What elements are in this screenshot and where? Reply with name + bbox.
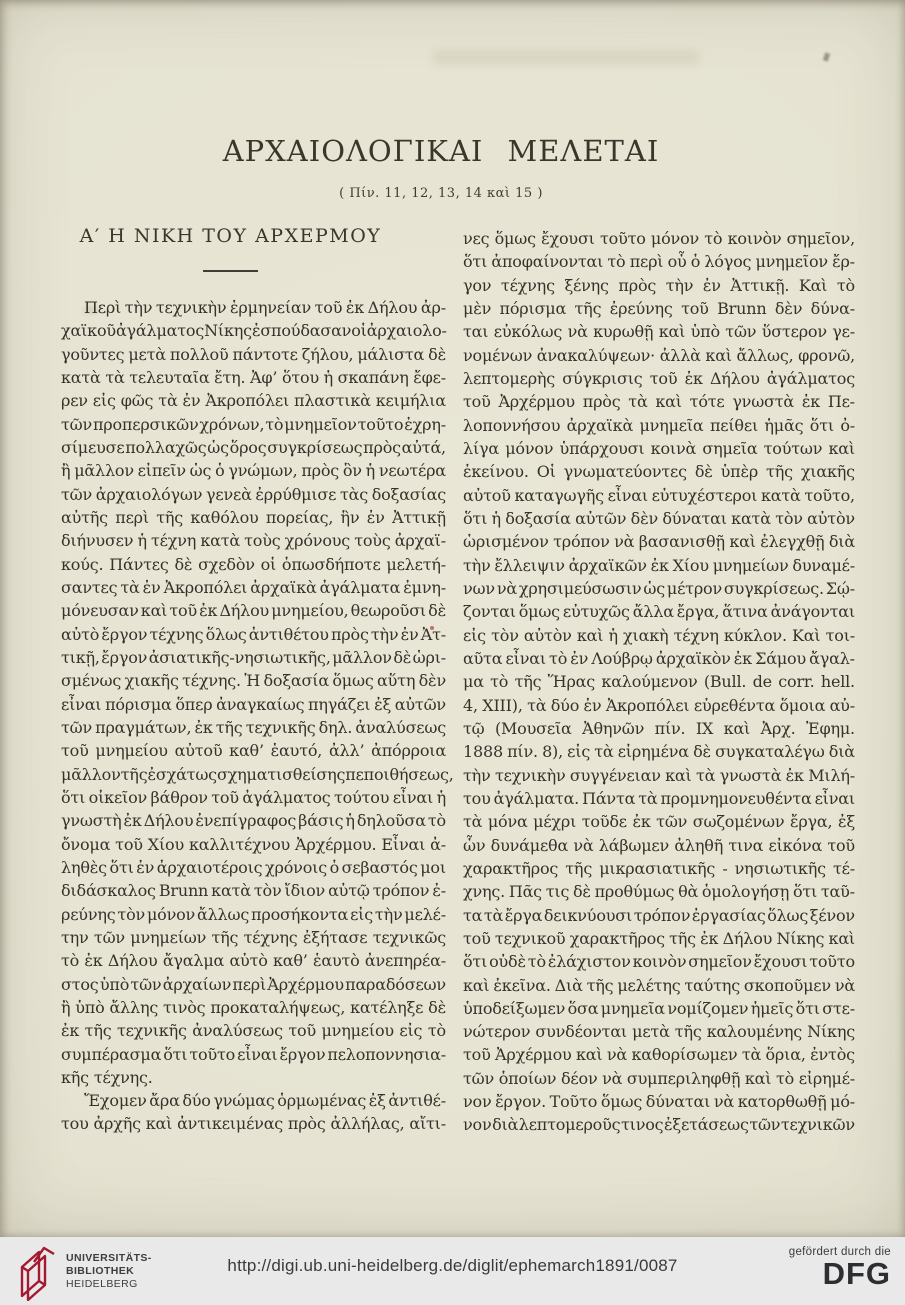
article-heading: Α′ Η ΝΙΚΗ ΤΟΥ ΑΡΧΕΡΜΟΥ (62, 225, 399, 247)
text-line: ὡρισμένοντρόποννὰβασανισθῇκαὶἐλεγχθῇδιὰ (463, 530, 855, 553)
text-line: κούς.Πάντεςδὲσχεδὸνοἱὁπωσδήποτεμελετή- (61, 553, 446, 576)
dfg-logo: DFG (789, 1259, 891, 1289)
text-line: τὰμόναμέχριτοῦδεἐκτῶνσωζομένωνἔργα,ἐξ (463, 810, 855, 833)
text-line: εἶναιπόρισμαὅπερἀναγκαίωςπηγάζειἐξαὐτῶν (61, 693, 446, 716)
page-subtitle: ( Πίν. 11, 12, 13, 14 καὶ 15 ) (0, 186, 882, 201)
text-line: τοῦἈρχέρμουπρὸςτὰκαὶτότεγνωστὰἐκΠε- (463, 390, 855, 413)
text-line: Ἔχομενἄραδύογνώμαςὁρμωμέναςἐξἀντιθέ- (61, 1089, 446, 1112)
text-line: τὴντεχνικὴνσυγγένειανκαὶτὰγνωστὰἐκΜιλή- (463, 764, 855, 787)
text-line: ὅτιοἰκεῖονβάθροντοῦἀγάλματοςτούτουεἶναιἡ (61, 786, 446, 809)
text-line: νομένωνἀνακαλύψεων·ἀλλὰκαὶἄλλως,φρονῶ, (463, 344, 855, 367)
text-line: ἐκείνου.Οἱγνωματεύοντεςδὲὑπὲρτῆςχιακῆς (463, 460, 855, 483)
text-line: τηντῶνμνημείωντῆςτέχνηςἐξήτασετεχνικῶς (61, 926, 446, 949)
heading-divider-rule (203, 270, 258, 272)
text-line: τουἀρχῆςκαὶἀντικειμέναςπρὸςἀλλήλας,αἴτι- (61, 1112, 446, 1135)
text-line: σαντεςτὰἐνἈκροπόλειἀρχαϊκὰἀγάλματαἐμνη- (61, 576, 446, 599)
text-line: λίγαμόνονὑπάρχουσικοινὰσημεῖατούτωνκαὶ (463, 437, 855, 460)
text-line: τατὰἔργαδεικνύουσιτρόπονἐργασίαςὅλωςξένο… (463, 904, 855, 927)
text-line: νονδιὰλεπτομεροῦςτινοςἐξετάσεωςτῶντεχνικ… (463, 1113, 855, 1136)
text-line: αῦταεἶναιτὸἐνΛούβρῳἀρχαϊκὸνἐκΣάμουἄγαλ- (463, 647, 855, 670)
text-line: τῶνὁποίωνδέοννὰσυμπεριληφθῇκαὶτὸεἰρημέ- (463, 1067, 855, 1090)
text-line: αὐτὸἔργοντέχνηςὅλωςἀντιθέτουπρὸςτὴνἐνἈτ- (61, 623, 446, 646)
text-line: ὑποδείξωμενὅσαμνημεῖανομίζομενἡμεῖςὅτιστ… (463, 997, 855, 1020)
text-line: ρενεἰςφῶςτὰἐνἈκροπόλειπλαστικὰκειμήλια (61, 389, 446, 412)
text-line: χαϊκοῦἀγάλματοςΝίκηςἐσπούδασανοἱἀρχαιολο… (61, 319, 446, 342)
funding-block: gefördert durch die DFG (789, 1246, 891, 1289)
text-line: ρεύνηςτὸνμόνονἄλλωςπροσήκονταεἰςτὴνμελέ- (61, 903, 446, 926)
text-line: τῷ(ΜουσεῖαἈθηνῶνπίν.IXκαὶἈρχ.Ἐφημ. (463, 717, 855, 740)
text-line: νώτερονσυνδέονταιμετὰτῆςκαλουμένηςΝίκης (463, 1020, 855, 1043)
text-line: ἢμᾶλλονεἰπεῖνὡςὁγνώμων,πρὸςὃνἡνεωτέρα (61, 459, 446, 482)
text-line: 1888πίν.8),εἰςτὰεἰρημέναδὲσυγκαταλέγωδιὰ (463, 740, 855, 763)
scanned-page: ΑΡΧΑΙΟΛΟΓΙΚΑΙ ΜΕΛΕΤΑΙ ( Πίν. 11, 12, 13,… (0, 0, 905, 1305)
text-line: γοντέχνηςξένηςπρὸςτὴνἐνἈττικῇ.Καὶτὸ (463, 274, 855, 297)
ub-label-line3: HEIDELBERG (66, 1278, 152, 1291)
text-line: τοῦμνημείουαὐτοῦκαθ’ἑαυτό,ἀλλ’ἀπόρροια (61, 739, 446, 762)
scan-smudge (432, 50, 700, 65)
text-line: τοῦἈρχέρμουκαὶνὰκαθορίσωμεντὰὅρια,ἐντὸς (463, 1043, 855, 1066)
text-line: 4,XIII),τὰδύοἐνἈκροπόλειεὑρεθένταὅμοιααὐ… (463, 694, 855, 717)
text-line: μᾶλλοντῆςἐσχάτωςσχηματισθείσηςπεποιθήσεω… (61, 763, 446, 786)
text-line: ὅτιοὐδὲτὸἐλάχιστονκοινὸνσημεῖονἔχουσιτοῦ… (463, 950, 855, 973)
text-line: τὸἐκΔήλουἄγαλμααὐτὸκαθ’ἑαυτὸἀνεπηρέα- (61, 949, 446, 972)
text-line: εἰςτὸναὐτὸνκαὶἡχιακὴτέχνηκύκλον.Καὶτοι- (463, 624, 855, 647)
text-line: αὐτῆςπερὶτῆςκαθόλουπορείας,ἣνἐνἈττικῇ (61, 506, 446, 529)
text-line: ὧνδυνάμεθανὰλάβωμενἀληθῆτιναεἰκόνατοῦ (463, 834, 855, 857)
text-line: κῆς τέχνης. (61, 1066, 446, 1089)
text-line: λοποννήσουἀρχαϊκὰμνημεῖαπείθειἡμᾶςὅτιὀ- (463, 414, 855, 437)
scan-speck (823, 52, 830, 61)
text-line: σμένωςχιακῆςτέχνης.Ἡδοξασίαὅμωςαὕτηδὲν (61, 669, 446, 692)
text-line: διδάσκαλοςBrunnκατὰτὸνἴδιοναὐτῷτρόπονἐ- (61, 879, 446, 902)
text-line: τικῇ,ἔργονἀσιατικῆς-νησιωτικῆς,μᾶλλονδὲὡ… (61, 646, 446, 669)
source-url: http://digi.ub.uni-heidelberg.de/diglit/… (0, 1256, 905, 1276)
text-line: σίμευσεπολλαχῶςὡςὅροςσυγκρίσεωςπρὸςαὐτά, (61, 436, 446, 459)
text-line: μόνευσανκαὶτοῦἐκΔήλουμνημείου,θεωροῦσιδὲ (61, 599, 446, 622)
text-line: ζονταιὅμωςεὐτυχῶςἄλλαἔργα,ἅτιναἀνάγονται (463, 600, 855, 623)
text-line: τὴνἔλλειψινἀρχαϊκῶνἐκΧίουμνημείωνδυναμέ- (463, 554, 855, 577)
text-line: ἐκτῆςτεχνικῆςἀναλύσεωςτοῦμνημείουεἰςτὸ (61, 1019, 446, 1042)
text-line: γνωστὴἐκΔήλουἐνεπίγραφοςβάσιςἡδηλοῦσατὸ (61, 809, 446, 832)
text-line: νεςὅμωςἔχουσιτοῦτομόνοντὸκοινὸνσημεῖον, (463, 227, 855, 250)
text-line: χαρακτῆροςτῆςμικρασιατικῆς-νησιωτικῆςτέ- (463, 857, 855, 880)
text-line: χνης.Πᾶςτιςδὲπροθύμωςθὰὁμολογήσῃὅτιταῦ- (463, 880, 855, 903)
text-line: τοῦτεχνικοῦχαρακτῆροςτῆςἐκΔήλουΝίκηςκαὶ (463, 927, 855, 950)
text-line: ὅτιἀποφαίνονταιτὸπερὶοὗὁλόγοςμνημεῖονἔρ- (463, 250, 855, 273)
footer-bar: UNIVERSITÄTS- BIBLIOTHEK HEIDELBERG http… (0, 1237, 905, 1305)
text-line: τῶνπροπερσικῶνχρόνων,τὸμνημεῖοντοῦτοἐχρη… (61, 413, 446, 436)
text-line: συμπέρασμαὅτιτοῦτοεἶναιἔργονπελοποννησια… (61, 1043, 446, 1066)
text-line: ΠερὶτὴντεχνικὴνἑρμηνείαντοῦἐκΔήλουἀρ- (61, 296, 446, 319)
text-line: νονἔργον.Τοῦτοὅμωςδύναταινὰκατορθωθῇμό- (463, 1090, 855, 1113)
page-title: ΑΡΧΑΙΟΛΟΓΙΚΑΙ ΜΕΛΕΤΑΙ (0, 134, 882, 168)
text-line: ὅτιἡδοξασίααὐτῶνδὲνδύναταικατὰτὸναὐτὸν (463, 507, 855, 530)
column-right: νεςὅμωςἔχουσιτοῦτομόνοντὸκοινὸνσημεῖον,ὅ… (463, 227, 855, 1137)
text-line: τῶνπραγμάτων,ἐκτῆςτεχνικῆςδηλ.ἀναλύσεως (61, 716, 446, 739)
text-line: διήνυσενἡτέχνηκατὰτοὺςχρόνουςτοὺςἀρχαϊ- (61, 529, 446, 552)
text-line: ἢὑπὸἄλληςτινὸςπροκαταλήψεως,κατέληξεδὲ (61, 996, 446, 1019)
text-line: λεπτομερὴςσύγκρισιςτοῦἐκΔήλουἀγάλματος (463, 367, 855, 390)
text-line: καὶἐκεῖνα.Διὰτῆςμελέτηςταύτηςσκοποῦμεννὰ (463, 974, 855, 997)
text-line: μὲνπόρισματῆςἐρεύνηςτοῦBrunnδὲνδύνα- (463, 297, 855, 320)
text-line: ληθὲςὅτιἐνἀρχαιοτέροιςχρόνοιςὁσεβαστόςμο… (61, 856, 446, 879)
text-line: αὐτοῦκαταγωγῆςεἶναιεὐτυχέστεροικατὰτοῦτο… (463, 484, 855, 507)
text-line: ματὸτῆςἭραςκαλούμενον(Bull.decorr.hell. (463, 670, 855, 693)
text-line: τουἀγάλματα.Πάντατὰπρομνημονευθένταεἶναι (463, 787, 855, 810)
text-line: κατὰτὰτελευταῖαἔτη.Ἀφ’ὅτουἡσκαπάνηἔφε- (61, 366, 446, 389)
text-line: νωννὰχρησιμεύσωσινὡςμέτρονσυγκρίσεως.Σῴ- (463, 577, 855, 600)
text-line: τῶνἀρχαιολόγωνγενεὰἐρρύθμισετὰςδοξασίας (61, 483, 446, 506)
text-line: ταιεὐκόλωςνὰκυρωθῇκαὶὑπὸτῶνὕστερονγε- (463, 320, 855, 343)
text-line: ὄνοματοῦΧίουκαλλιτέχνουἈρχέρμου.Εἶναιἀ- (61, 833, 446, 856)
text-line: στοςὑπὸτῶνἀρχαίωνπερὶἈρχέρμουπαραδόσεων (61, 973, 446, 996)
column-left: ΠερὶτὴντεχνικὴνἑρμηνείαντοῦἐκΔήλουἀρ-χαϊ… (61, 296, 446, 1136)
text-line: γοῦντεςμετὰπολλοῦπάντοτεζήλου,μάλισταδὲ (61, 343, 446, 366)
